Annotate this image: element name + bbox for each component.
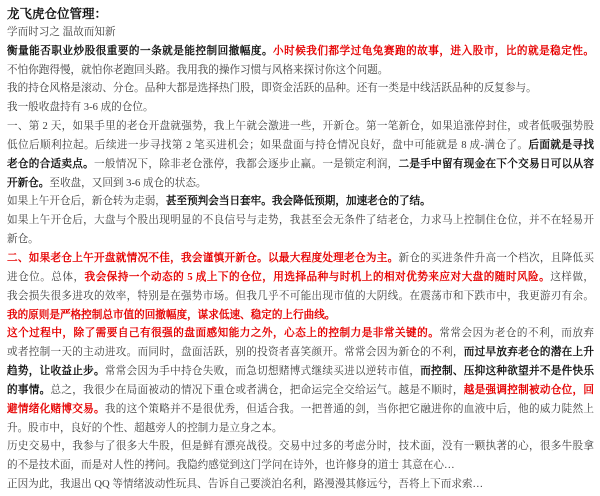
text-line: 正因为此，我退出 QQ 等情绪波动性玩具、告诉自己要淡泊名利，路漫漫其修远兮，吾… (7, 476, 594, 495)
text-segment-red: 我的原则是严格控制总市值的回撤幅度，谋求低速、稳定的上行曲线。 (7, 310, 335, 321)
text-segment-normal: 如果上午开仓后，新仓转为走弱， (7, 196, 166, 207)
text-segment-normal: 我的持仓风格是滚动、分仓。品种大都是选择热门股，即资金活跃的品种。还有一类是中线… (7, 83, 537, 94)
text-line: 我的持仓风格是滚动、分仓。品种大都是选择热门股，即资金活跃的品种。还有一类是中线… (7, 80, 594, 99)
text-line: 的事情。总之，我很少在局面被动的情况下重仓或者满仓，把命运完全交给运气。越是不顺… (7, 382, 594, 401)
document-title: 龙飞虎仓位管理： (7, 5, 594, 24)
text-segment-normal: 我会损失很多进攻的效率，特别是在强势市场。但我几乎不可能出现市值的大阴线。在震荡… (7, 291, 594, 302)
text-segment-normal: 或者控制一天的主动进攻。而同时，盘面活跃，别的投资者喜笑颜开。常常会因为新仓的不… (7, 347, 464, 358)
text-segment-bold: 而控制、压抑这种欲望并不是件快乐 (420, 366, 594, 377)
text-segment-red: 二、如果老仓上午开盘就情况不佳，我会谨慎开新仓。以最大程度处理老仓为主。 (7, 253, 399, 264)
text-line: 不怕你跑得慢，就怕你老跑回头路。我用我的操作习惯与风格来探讨你这个问题。 (7, 62, 594, 81)
text-line: 如果上午开仓后，大盘与个股出现明显的不良信号与走势，我甚至会无条件了结老仓，力求… (7, 212, 594, 231)
text-line: 的不是技术面，而是对人性的拷问。我隐约感觉到这门学问在诗外，也许修身的道士 其意… (7, 457, 594, 476)
text-segment-normal: 新仓的买进条件升高一个档次，且降低买 (399, 253, 594, 264)
text-segment-normal: 我的这个策略并不是很优秀，但适合我。一把普通的剑，当你把它融进你的血液中后，他的… (105, 404, 594, 415)
text-segment-normal: 的不是技术面，而是对人性的拷问。我隐约感觉到这门学问在诗外，也许修身的道士 其意… (7, 460, 455, 471)
text-segment-normal: 一、第 2 天，如果手里的老仓开盘就强势，我上午就会激进一些，开新仓。第一笔新仓… (7, 121, 594, 132)
text-segment-normal: 一般情况下，除非老仓涨停，我都会逐步止赢。一是锁定利润， (94, 159, 399, 170)
text-segment-normal: 历史交易中，我参与了很多大牛股，但是鲜有漂亮战役。交易中过多的考虑分时，技术面，… (7, 441, 594, 452)
text-line: 或者控制一天的主动进攻。而同时，盘面活跃，别的投资者喜笑颜开。常常会因为新仓的不… (7, 344, 594, 363)
text-segment-normal: 不怕你跑得慢，就怕你老跑回头路。我用我的操作习惯与风格来探讨你这个问题。 (7, 65, 388, 76)
text-line: 避情绪化赌博交易。我的这个策略并不是很优秀，但适合我。一把普通的剑，当你把它融进… (7, 401, 594, 420)
text-segment-bold: 龙飞虎仓位管理： (7, 7, 107, 21)
text-line: 趋势，让收益止步。常常会因为手中持仓失败，而急切想赌博式继续买进以逆转市值，而控… (7, 363, 594, 382)
text-segment-normal: 常常会因为手中持仓失败，而急切想赌博式继续买进以逆转市值， (105, 366, 420, 377)
text-segment-normal: 总之，我很少在局面被动的情况下重仓或者满仓，把命运完全交给运气。越是不顺时， (51, 385, 464, 396)
text-segment-red: 这个过程中，除了需要自己有很强的盘面感知能力之外，心态上的控制力是非常关键的。 (7, 328, 439, 339)
text-line: 老仓的合适卖点。一般情况下，除非老仓涨停，我都会逐步止赢。一是锁定利润，二是手中… (7, 156, 594, 175)
text-segment-red: 我会保持一个动态的 5 成上下的仓位，用选择品种与时机上的相对优势来应对大盘的随… (85, 272, 551, 283)
text-segment-red: 小时候我们都学过龟兔赛跑的故事，进入股市，比的就是稳定性。 (273, 46, 594, 57)
text-line: 这个过程中，除了需要自己有很强的盘面感知能力之外，心态上的控制力是非常关键的。常… (7, 325, 594, 344)
text-segment-normal: 新仓。 (7, 234, 39, 245)
text-segment-normal: 学而时习之 温故而知新 (7, 27, 116, 38)
text-segment-normal: 正因为此，我退出 QQ 等情绪波动性玩具、告诉自己要淡泊名利，路漫漫其修远兮，吾… (7, 479, 483, 490)
text-segment-bold: 而过早放弃老仓的潜在上升 (464, 347, 594, 358)
text-segment-bold: 老仓的合适卖点。 (7, 159, 94, 170)
text-segment-red: 避情绪化赌博交易。 (7, 404, 105, 415)
text-segment-bold: 趋势，让收益止步。 (7, 366, 105, 377)
text-segment-normal: 进仓位。总体， (7, 272, 85, 283)
text-segment-normal: 升。股市中，良好的个性、超越旁人的控制力是立身之本。 (7, 423, 282, 434)
text-line: 我一般收盘持有 3-6 成的仓位。 (7, 99, 594, 118)
text-segment-normal: 这样做， (550, 272, 594, 283)
text-line: 学而时习之 温故而知新 (7, 24, 594, 43)
text-segment-normal: 常常会因为老仓的不利，而放弃 (439, 328, 594, 339)
text-segment-bold: 甚至预判会当日套牢。我会降低预期，加速老仓的了结。 (166, 196, 431, 207)
text-segment-bold: 二是手中留有现金在下个交易日可以从容 (399, 159, 594, 170)
text-line: 我的原则是严格控制总市值的回撤幅度，谋求低速、稳定的上行曲线。 (7, 307, 594, 326)
text-segment-bold: 开新仓。 (7, 178, 49, 189)
text-segment-bold: 衡量能否职业炒股很重要的一条就是能控制回撤幅度。 (7, 46, 273, 57)
text-segment-bold: 的事情。 (7, 385, 51, 396)
text-segment-normal: 如果上午开仓后，大盘与个股出现明显的不良信号与走势，我甚至会无条件了结老仓，力求… (7, 215, 594, 226)
text-segment-normal: 至收盘，又回到 3-6 成仓的状态。 (49, 178, 206, 189)
text-segment-normal: 我一般收盘持有 3-6 成的仓位。 (7, 102, 154, 113)
document-lines: 龙飞虎仓位管理：学而时习之 温故而知新衡量能否职业炒股很重要的一条就是能控制回撤… (7, 5, 594, 495)
text-line: 升。股市中，良好的个性、超越旁人的控制力是立身之本。 (7, 420, 594, 439)
text-segment-red: 越是强调控制被动仓位，回 (464, 385, 594, 396)
text-line: 我会损失很多进攻的效率，特别是在强势市场。但我几乎不可能出现市值的大阴线。在震荡… (7, 288, 594, 307)
text-line: 低位后顺利拉起。后续进一步寻找第 2 笔买进机会；如果盘面与持仓情况良好，盘中可… (7, 137, 594, 156)
text-line: 新仓。 (7, 231, 594, 250)
text-line: 进仓位。总体，我会保持一个动态的 5 成上下的仓位，用选择品种与时机上的相对优势… (7, 269, 594, 288)
text-line: 历史交易中，我参与了很多大牛股，但是鲜有漂亮战役。交易中过多的考虑分时，技术面，… (7, 438, 594, 457)
text-segment-normal: 低位后顺利拉起。后续进一步寻找第 2 笔买进机会；如果盘面与持仓情况良好，盘中可… (7, 140, 528, 151)
text-line: 一、第 2 天，如果手里的老仓开盘就强势，我上午就会激进一些，开新仓。第一笔新仓… (7, 118, 594, 137)
document: 龙飞虎仓位管理：学而时习之 温故而知新衡量能否职业炒股很重要的一条就是能控制回撤… (0, 0, 600, 495)
text-line: 如果上午开仓后，新仓转为走弱，甚至预判会当日套牢。我会降低预期，加速老仓的了结。 (7, 193, 594, 212)
text-line: 衡量能否职业炒股很重要的一条就是能控制回撤幅度。小时候我们都学过龟兔赛跑的故事，… (7, 43, 594, 62)
text-line: 二、如果老仓上午开盘就情况不佳，我会谨慎开新仓。以最大程度处理老仓为主。新仓的买… (7, 250, 594, 269)
text-segment-bold: 后面就是寻找 (528, 140, 594, 151)
text-line: 开新仓。至收盘，又回到 3-6 成仓的状态。 (7, 175, 594, 194)
